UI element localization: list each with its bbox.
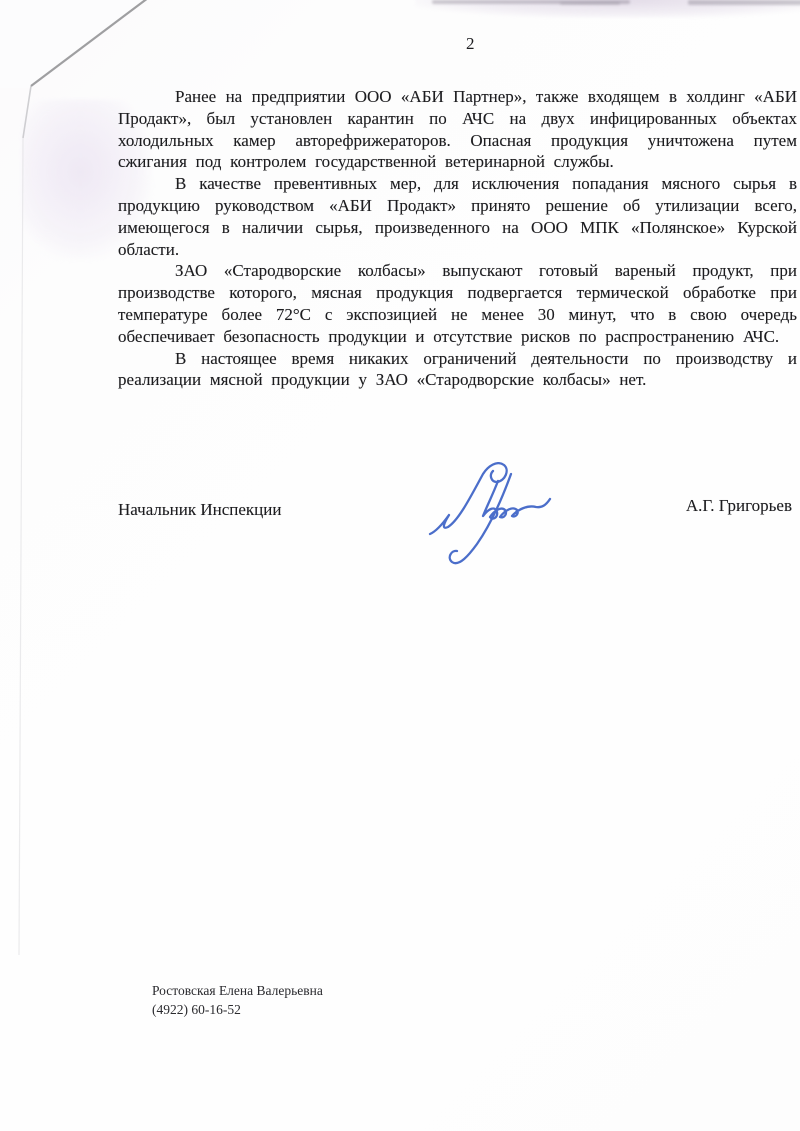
scanned-letter-page: 2 Ранее на предприятии ООО «АБИ Партнер»… (0, 0, 800, 1131)
page-number: 2 (466, 34, 475, 54)
scan-smudge (688, 0, 800, 5)
executor-name: Ростовская Елена Валерьевна (152, 982, 323, 1001)
executor-phone: (4922) 60-16-52 (152, 1001, 323, 1020)
scan-smudge (560, 2, 620, 5)
signer-position-title: Начальник Инспекции (118, 500, 281, 520)
signer-name: А.Г. Григорьев (686, 496, 792, 516)
letter-body: Ранее на предприятии ООО «АБИ Партнер», … (118, 86, 797, 391)
paragraph-thermal-processing: ЗАО «Стародворские колбасы» выпускают го… (118, 260, 797, 347)
executor-contact-block: Ростовская Елена Валерьевна (4922) 60-16… (152, 982, 323, 1019)
paragraph-quarantine-history: Ранее на предприятии ООО «АБИ Партнер», … (118, 86, 797, 173)
handwritten-signature-icon (424, 456, 566, 582)
paragraph-preventive-measures: В качестве превентивных мер, для исключе… (118, 173, 797, 260)
paragraph-no-restrictions: В настоящее время никаких ограничений де… (118, 348, 797, 392)
